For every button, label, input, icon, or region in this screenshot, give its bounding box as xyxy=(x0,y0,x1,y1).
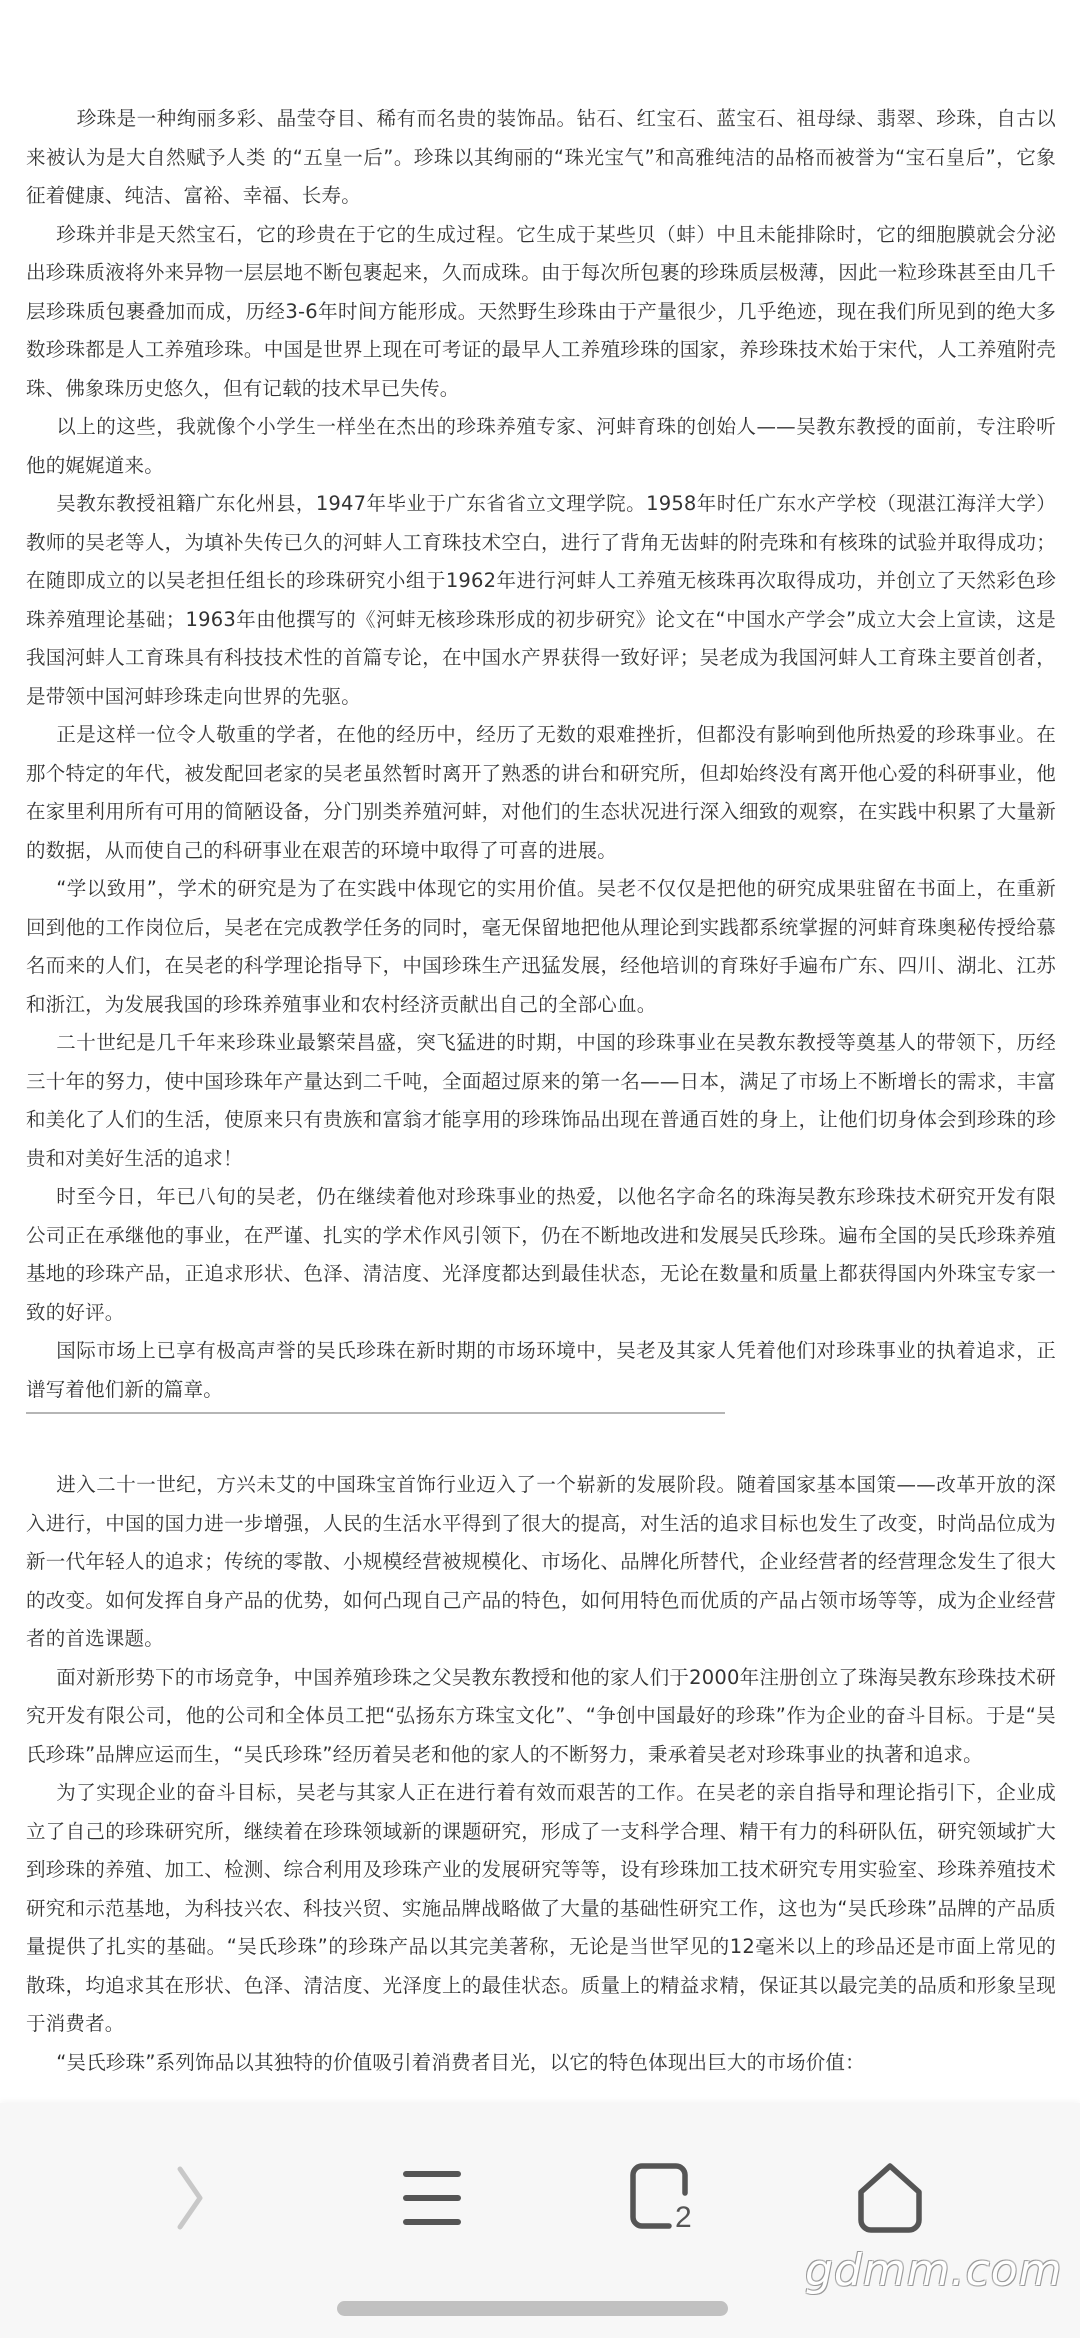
paragraph: 以上的这些，我就像个小学生一样坐在杰出的珍珠养殖专家、河蚌育珠的创始人——吴教东… xyxy=(26,408,1056,485)
home-indicator-bar[interactable] xyxy=(337,2301,728,2316)
paragraph: 吴教东教授祖籍广东化州县，1947年毕业于广东省省立文理学院。1958年时任广东… xyxy=(26,485,1056,716)
paragraph: 二十世纪是几千年来珍珠业最繁荣昌盛，突飞猛进的时期，中国的珍珠事业在吴教东教授等… xyxy=(26,1024,1056,1178)
paragraph: 正是这样一位令人敬重的学者，在他的经历中，经历了无数的艰难挫折，但都没有影响到他… xyxy=(26,716,1056,870)
chevron-right-icon xyxy=(170,2163,210,2233)
tabs-count: 2 xyxy=(675,2201,692,2233)
paragraph: 珍珠并非是天然宝石，它的珍贵在于它的生成过程。它生成于某些贝（蚌）中且未能排除时… xyxy=(26,216,1056,409)
forward-button[interactable] xyxy=(145,2153,235,2243)
paragraph: 为了实现企业的奋斗目标，吴老与其家人正在进行着有效而艰苦的工作。在吴老的亲自指导… xyxy=(26,1774,1056,2044)
paragraph: 面对新形势下的市场竞争，中国养殖珍珠之父吴教东教授和他的家人们于2000年注册创… xyxy=(26,1659,1056,1775)
home-button[interactable] xyxy=(845,2153,935,2243)
article-body: 珍珠是一种绚丽多彩、晶莹夺目、稀有而名贵的装饰品。钻石、红宝石、蓝宝石、祖母绿、… xyxy=(26,100,1056,1409)
hamburger-menu-icon xyxy=(400,2166,464,2230)
watermark-text: gdmm.com xyxy=(805,2245,1063,2296)
tabs-button[interactable]: 2 xyxy=(617,2153,707,2243)
home-icon xyxy=(855,2162,925,2234)
paragraph: “吴氏珍珠”系列饰品以其独特的价值吸引着消费者目光，以它的特色体现出巨大的市场价… xyxy=(26,2044,1056,2083)
paragraph: 进入二十一世纪，方兴未艾的中国珠宝首饰行业迈入了一个崭新的发展阶段。随着国家基本… xyxy=(26,1466,1056,1659)
paragraph: “学以致用”，学术的研究是为了在实践中体现它的实用价值。吴老不仅仅是把他的研究成… xyxy=(26,870,1056,1024)
menu-button[interactable] xyxy=(387,2153,477,2243)
section-divider xyxy=(26,1412,725,1414)
paragraph: 时至今日，年已八旬的吴老，仍在继续着他对珍珠事业的热爱，以他名字命名的珠海吴教东… xyxy=(26,1178,1056,1332)
article-body-second-section: 进入二十一世纪，方兴未艾的中国珠宝首饰行业迈入了一个崭新的发展阶段。随着国家基本… xyxy=(26,1466,1056,2082)
paragraph: 珍珠是一种绚丽多彩、晶莹夺目、稀有而名贵的装饰品。钻石、红宝石、蓝宝石、祖母绿、… xyxy=(26,100,1056,216)
paragraph: 国际市场上已享有极高声誉的吴氏珍珠在新时期的市场环境中，吴老及其家人凭着他们对珍… xyxy=(26,1332,1056,1409)
tabs-icon: 2 xyxy=(627,2163,697,2233)
